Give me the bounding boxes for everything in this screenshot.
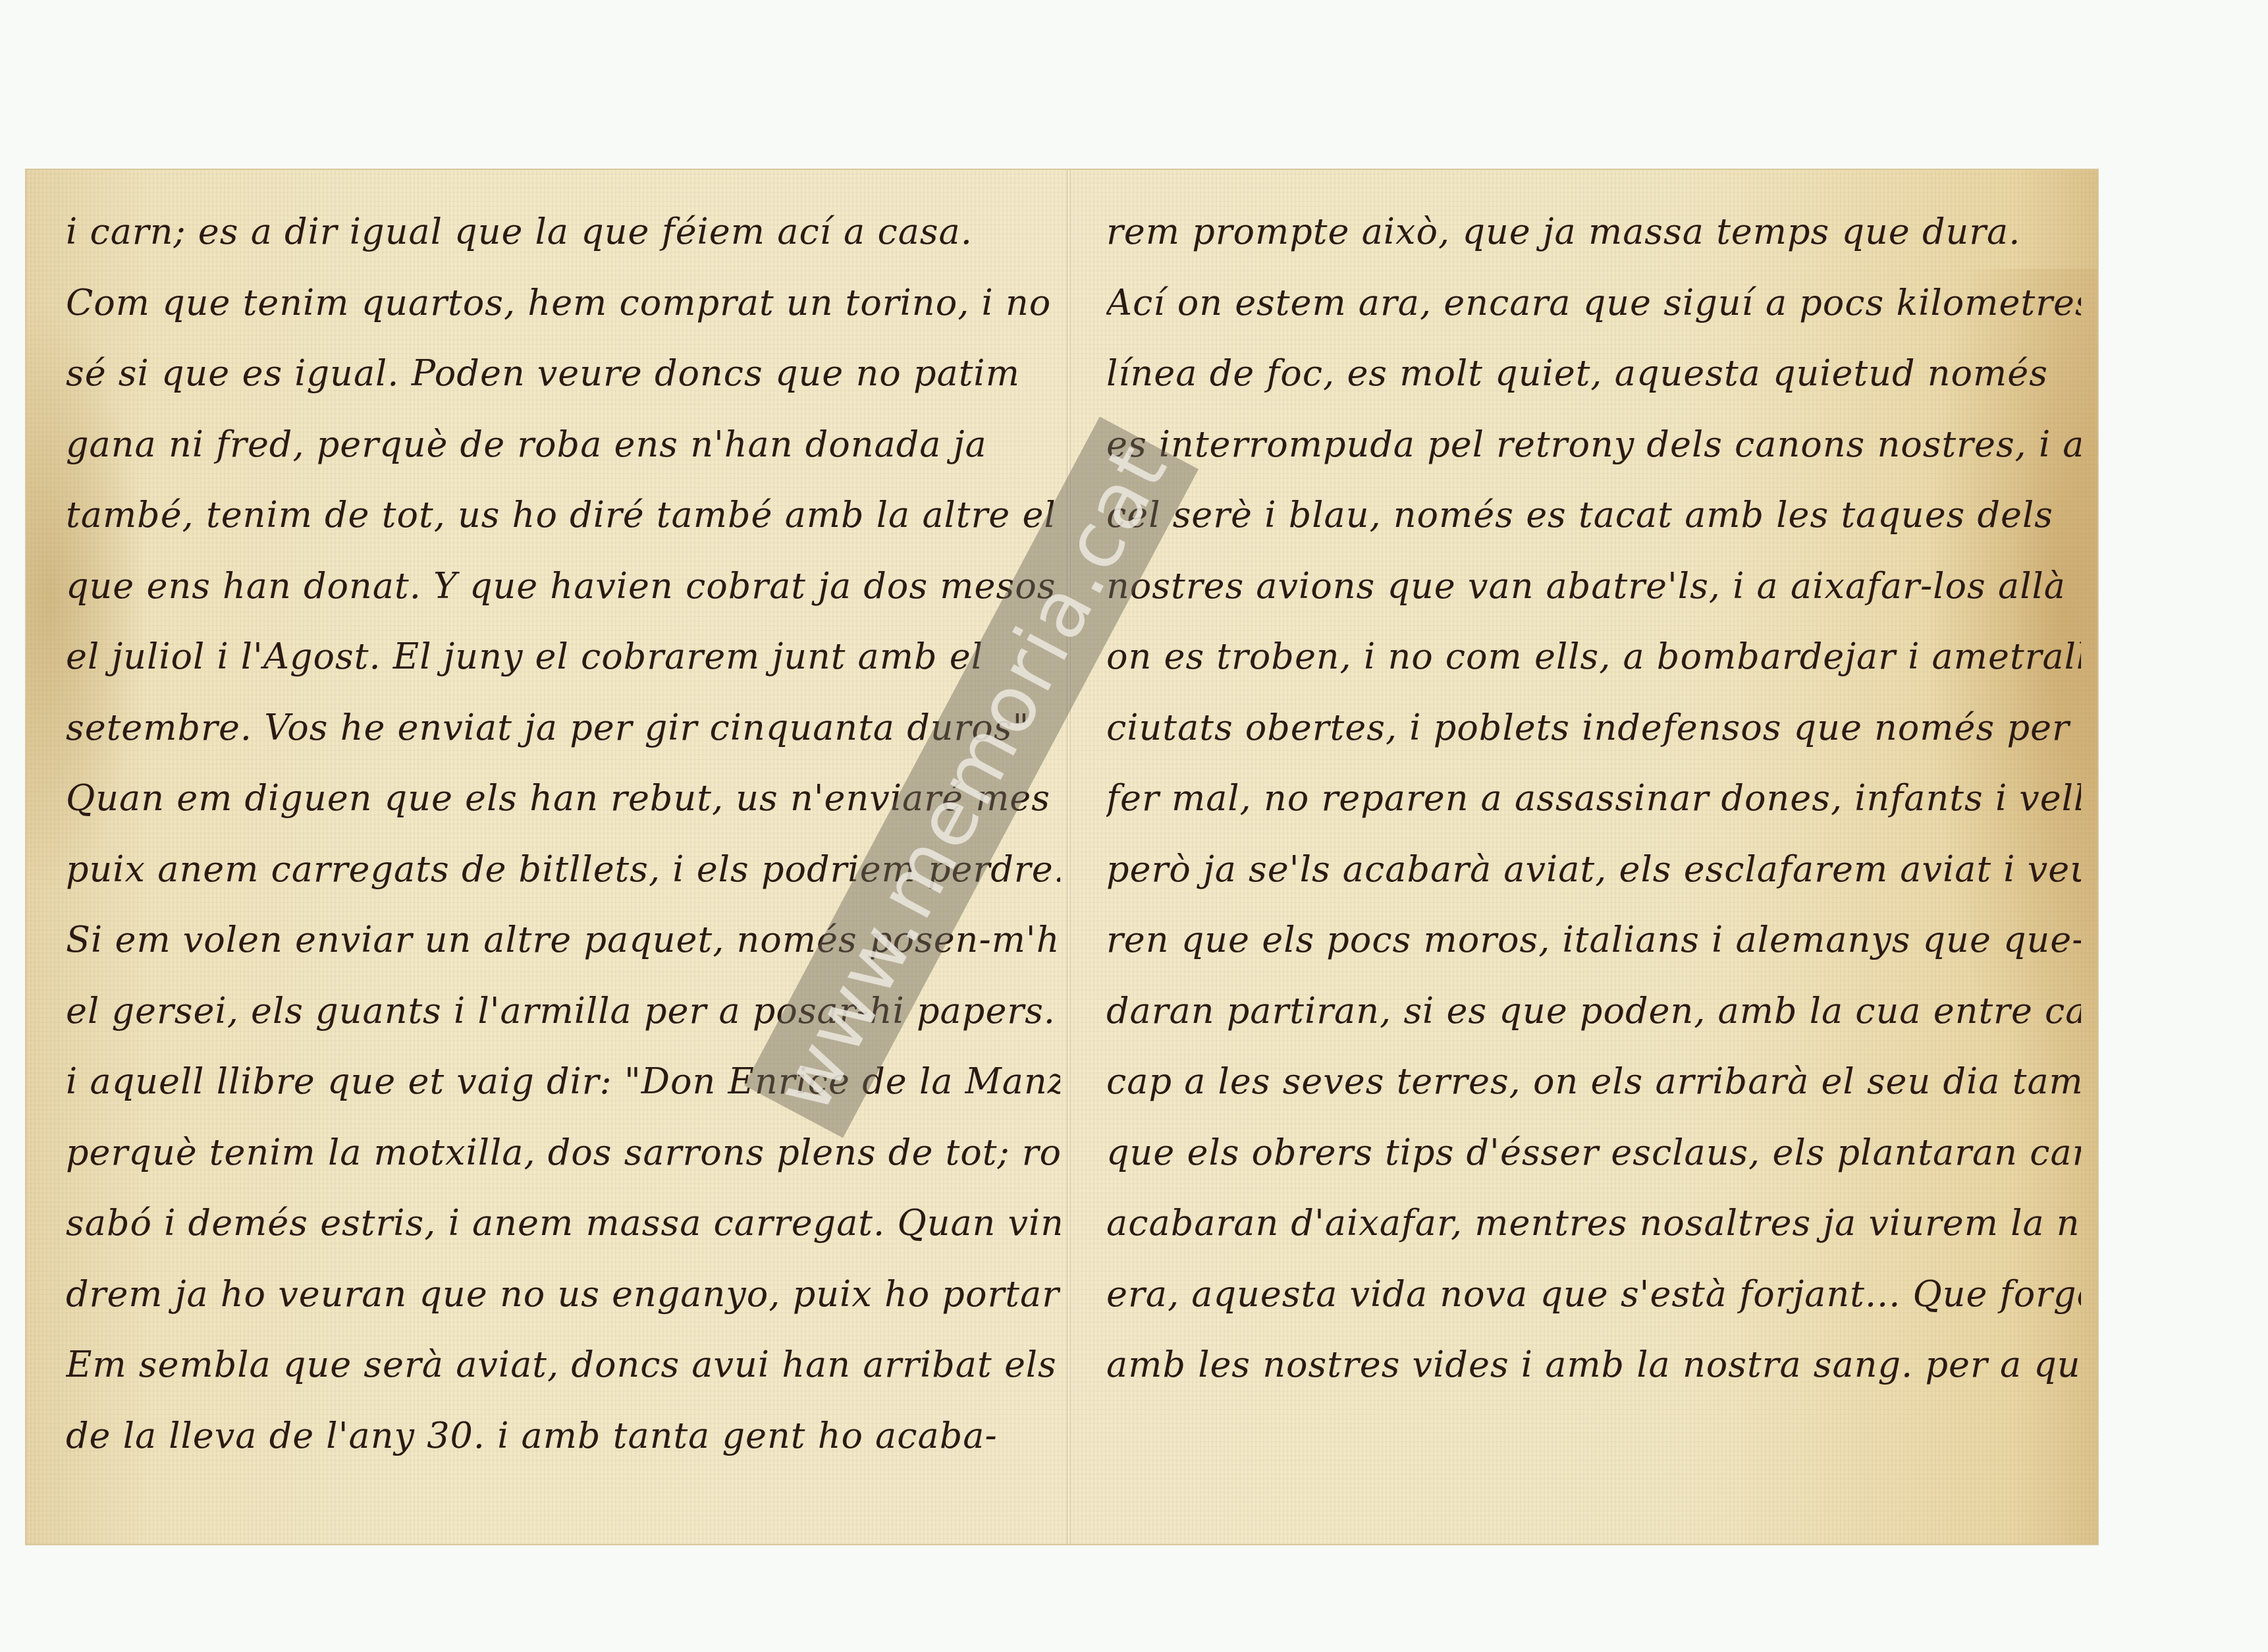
- handwritten-line: perquè tenim la motxilla, dos sarrons pl…: [66, 1117, 1060, 1188]
- handwritten-line: línea de foc, es molt quiet, aquesta qui…: [1106, 338, 2081, 409]
- handwritten-line: sé si que es igual. Poden veure doncs qu…: [66, 338, 1060, 409]
- handwritten-line: però ja se'ls acabarà aviat, els esclafa…: [1106, 834, 2081, 905]
- handwritten-line: també, tenim de tot, us ho diré també am…: [66, 480, 1060, 551]
- handwritten-line: de la lleva de l'any 30. i amb tanta gen…: [66, 1400, 1060, 1472]
- handwritten-line: acabaran d'aixafar, mentres nosaltres ja…: [1106, 1188, 2081, 1259]
- handwritten-line: nostres avions que van abatre'ls, i a ai…: [1106, 551, 2081, 622]
- handwritten-line: ciutats obertes, i poblets indefensos qu…: [1106, 692, 2081, 763]
- handwritten-line: on es troben, i no com ells, a bombardej…: [1106, 621, 2081, 692]
- handwritten-line: Com que tenim quartos, hem comprat un to…: [66, 267, 1060, 339]
- handwritten-line: drem ja ho veuran que no us enganyo, pui…: [66, 1259, 1060, 1330]
- handwritten-line: que ens han donat. Y que havien cobrat j…: [66, 551, 1060, 622]
- handwritten-line: daran partiran, si es que poden, amb la …: [1106, 976, 2081, 1047]
- handwritten-line: cel serè i blau, només es tacat amb les …: [1106, 480, 2081, 551]
- handwritten-line: gana ni fred, perquè de roba ens n'han d…: [66, 409, 1060, 480]
- handwritten-line: setembre. Vos he enviat ja per gir cinqu…: [66, 692, 1060, 763]
- letter-sheet: i carn; es a dir igual que la que féiem …: [26, 170, 2097, 1544]
- handwritten-line: Em sembla que serà aviat, doncs avui han…: [66, 1329, 1060, 1400]
- handwritten-line: era, aquesta vida nova que s'està forjan…: [1106, 1259, 2081, 1330]
- handwritten-line: es interrompuda pel retrony dels canons …: [1106, 409, 2081, 480]
- handwritten-line: Ací on estem ara, encara que siguí a poc…: [1106, 267, 2081, 339]
- center-fold: [1067, 170, 1071, 1544]
- right-page: rem prompte això, que ja massa temps que…: [1106, 196, 2081, 1400]
- handwritten-line: cap a les seves terres, on els arribarà …: [1106, 1046, 2081, 1117]
- handwritten-line: amb les nostres vides i amb la nostra sa…: [1106, 1329, 2081, 1400]
- handwritten-line: i carn; es a dir igual que la que féiem …: [66, 196, 1060, 267]
- handwritten-line: fer mal, no reparen a assassinar dones, …: [1106, 763, 2081, 834]
- handwritten-line: i aquell llibre que et vaig dir: "Don En…: [66, 1046, 1060, 1117]
- handwritten-line: que els obrers tips d'ésser esclaus, els…: [1106, 1117, 2081, 1188]
- handwritten-line: el juliol i l'Agost. El juny el cobrarem…: [66, 621, 1060, 692]
- handwritten-line: rem prompte això, que ja massa temps que…: [1106, 196, 2081, 267]
- handwritten-line: sabó i demés estris, i anem massa carreg…: [66, 1188, 1060, 1259]
- handwritten-line: ren que els pocs moros, italians i alema…: [1106, 904, 2081, 976]
